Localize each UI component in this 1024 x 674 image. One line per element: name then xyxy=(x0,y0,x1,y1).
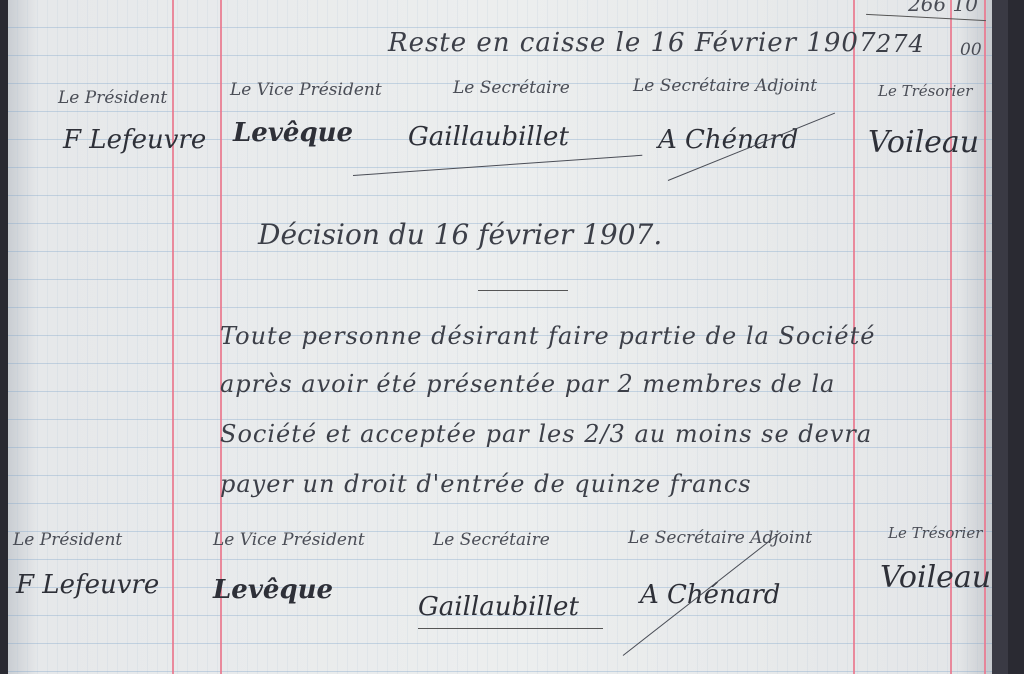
title-vice-president: Le Vice Président xyxy=(230,80,382,100)
decision-line-1: Toute personne désirant faire partie de … xyxy=(220,322,875,350)
signature-secretary: Gaillaubillet xyxy=(418,592,579,622)
decision-line-2: après avoir été présentée par 2 membres … xyxy=(220,370,835,398)
signature-treasurer: Voileau xyxy=(868,125,979,160)
signature-assistant-secretary: A Chénard xyxy=(640,580,780,610)
decision-line-4: payer un droit d'entrée de quinze francs xyxy=(220,470,752,498)
signature-secretary: Gaillaubillet xyxy=(408,122,569,152)
signature-underline xyxy=(418,628,603,629)
title-president: Le Président xyxy=(58,88,167,108)
balance-amount-francs: 274 xyxy=(876,30,925,58)
signature-president: F Lefeuvre xyxy=(63,125,206,155)
margin-line-left xyxy=(172,0,174,674)
title-secretary: Le Secrétaire xyxy=(453,78,570,98)
signature-president: F Lefeuvre xyxy=(16,570,159,600)
balance-amount-cents: 00 xyxy=(960,40,982,60)
previous-total: 266 10 xyxy=(908,0,978,16)
title-assistant-secretary: Le Secrétaire Adjoint xyxy=(633,76,817,96)
balance-text: Reste en caisse le 16 Février 1907 xyxy=(388,28,877,58)
book-binding xyxy=(992,0,1008,674)
signature-vice-president: Levêque xyxy=(213,575,333,605)
decision-line-3: Société et acceptée par les 2/3 au moins… xyxy=(220,420,872,448)
title-secretary: Le Secrétaire xyxy=(433,530,550,550)
decision-heading: Décision du 16 février 1907. xyxy=(258,218,662,251)
title-assistant-secretary: Le Secrétaire Adjoint xyxy=(628,528,812,548)
signature-treasurer: Voileau xyxy=(880,560,991,595)
title-treasurer: Le Trésorier xyxy=(888,524,982,542)
heading-separator xyxy=(478,290,568,291)
title-president: Le Président xyxy=(13,530,122,550)
signature-vice-president: Levêque xyxy=(233,118,353,148)
ledger-page: 266 10 Reste en caisse le 16 Février 190… xyxy=(8,0,1008,674)
title-treasurer: Le Trésorier xyxy=(878,82,972,100)
title-vice-president: Le Vice Président xyxy=(213,530,365,550)
signature-assistant-secretary: A Chénard xyxy=(658,125,798,155)
